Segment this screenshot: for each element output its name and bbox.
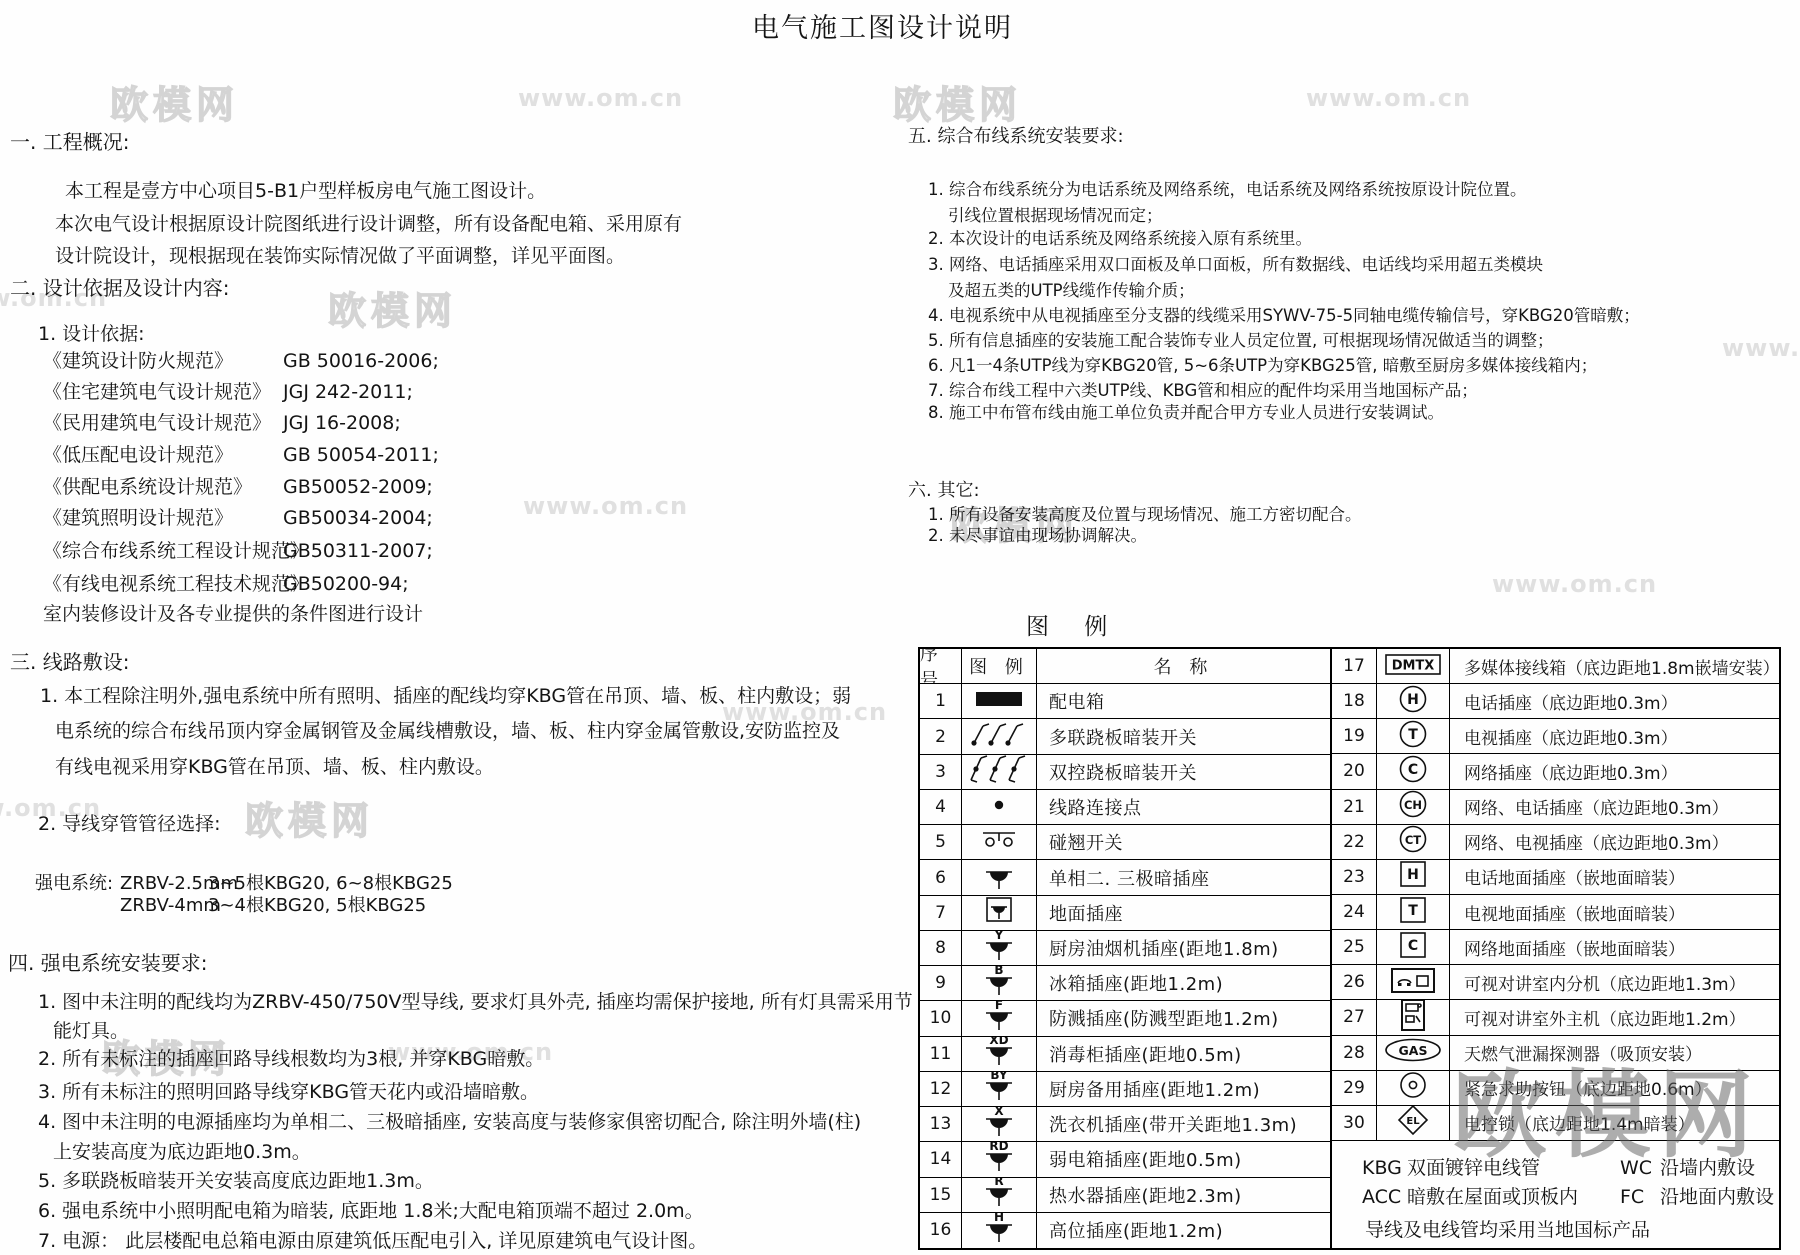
spec-line: 引线位置根据现场情况而定； [948,206,1163,226]
spec-line: 1. 设计依据: [38,323,145,346]
legend-note-line: ACC暗敷在屋面或顶板内FC沿地面内敷设 [1362,1182,1779,1211]
legend-row-no: 8 [920,931,962,966]
note-def: 暗敷在屋面或顶板内 [1407,1182,1620,1209]
svg-text:XD: XD [989,1037,1008,1048]
watermark: www.om.cn [523,492,688,520]
wire-conduit: 3~4根KBG20, 5根KBG25 [208,895,426,916]
spec-line: 能灯具。 [53,1020,129,1043]
spec-line: 4. 电视系统中从电视插座至分支器的线缆采用SYWV-75-5同轴电缆传输信号，… [928,306,1640,326]
legend-notes: KBG双面镀锌电线管WC沿墙内敷设ACC暗敷在屋面或顶板内FC沿地面内敷设导线及… [1332,1141,1779,1248]
spec-line: 本工程是壹方中心项目5-B1户型样板房电气施工图设计。 [65,180,546,203]
section-heading-cabling: 五. 综合布线系统安装要求: [908,126,1124,148]
legend-symbol-cell: T [1377,895,1450,930]
wire-conduit: 3~5根KBG20, 6~8根KBG25 [208,873,453,894]
legend-desc-cell: 网络插座（底边距地0.3m） [1450,754,1779,789]
legend-desc-cell: 电控锁（底边距地1.4m暗装） [1450,1106,1779,1141]
standard-name: 《低压配电设计规范》 [43,444,283,467]
water-heater-socket-icon: R [981,1178,1017,1213]
legend-symbol-cell [962,825,1037,860]
spec-line: 8. 施工中布管布线由施工单位负责并配合甲方专业人员进行安装调试。 [928,403,1444,423]
legend-symbol-cell [962,896,1037,931]
legend-note-tail: 导线及电线管均采用当地国标产品 [1362,1215,1779,1242]
elv-box-socket-icon: RD [981,1142,1017,1177]
line-junction-point-icon [984,790,1014,825]
note-abbr: FC [1620,1186,1660,1208]
emergency-button-icon [1396,1071,1430,1106]
spec-line: 5. 所有信息插座的安装施工配合装饰专业人员定位置, 可根据现场情况做适当的调整… [928,331,1553,351]
legend-row-no: 9 [920,966,962,1001]
legend-row-no: 24 [1332,895,1377,930]
svg-text:Y: Y [994,931,1004,942]
spec-line: 4. 图中未注明的电源插座均为单相二、三极暗插座, 安装高度与装修家俱密切配合,… [38,1111,861,1134]
legend-symbol-cell: CH [1377,790,1450,825]
legend-name-cell: 冰箱插座(距地1.2m) [1037,966,1330,1001]
legend-desc-cell: 电视地面插座（嵌地面暗装） [1450,895,1779,930]
legend-name-cell: 消毒柜插座(距地0.5m) [1037,1037,1330,1072]
tv-floor-outlet-icon: T [1396,895,1430,930]
phone-floor-outlet-icon: H [1396,860,1430,895]
standard-line: 《综合布线系统工程设计规范》GB50311-2007; [43,540,433,563]
section-heading-other: 六. 其它: [908,480,980,502]
svg-text:C: C [1408,762,1418,778]
legend-desc-cell: 天燃气泄漏探测器（吸顶安装） [1450,1036,1779,1071]
legend-symbol-cell: F [962,1001,1037,1036]
video-intercom-indoor-icon [1389,965,1437,1000]
legend-row-no: 11 [920,1037,962,1072]
svg-text:CH: CH [1404,798,1422,812]
legend-row-no: 3 [920,755,962,790]
standard-line: 《民用建筑电气设计规范》JGJ 16-2008; [43,412,401,435]
legend-symbol-cell: GAS [1377,1036,1450,1071]
electric-lock-icon: EL [1396,1106,1430,1141]
spec-line: 有线电视采用穿KBG管在吊顶、墙、板、柱内敷设。 [55,756,494,779]
sterilizer-socket-icon: XD [981,1037,1017,1072]
legend-header-cell: 序号 [920,649,962,684]
legend-row-no: 20 [1332,754,1377,789]
watermark: 欧模网 [245,790,374,845]
standard-name: 《民用建筑电气设计规范》 [43,412,283,435]
svg-text:B: B [994,966,1003,977]
spec-line: 1. 本工程除注明外,强电系统中所有照明、插座的配线均穿KBG管在吊顶、墙、板、… [40,685,851,708]
multi-gang-rocker-switch-icon [968,719,1030,754]
legend-desc-cell: 电话插座（底边距地0.3m） [1450,684,1779,719]
legend-symbol-cell: CT [1377,825,1450,860]
legend-row-no: 5 [920,825,962,860]
section-heading-basis: 二. 设计依据及设计内容: [10,276,229,300]
svg-text:C: C [1408,938,1418,954]
rocker-switch-icon [977,826,1021,859]
legend-row-no: 6 [920,860,962,895]
tv-outlet-icon: T [1396,719,1430,754]
legend-row-no: 25 [1332,930,1377,965]
legend-symbol-cell: H [962,1213,1037,1248]
legend-desc-cell: 网络、电视插座（底边距地0.3m） [1450,825,1779,860]
legend-header-cell: 名 称 [1037,649,1330,684]
legend-row-no: 16 [920,1213,962,1248]
watermark: 欧模网 [328,280,457,335]
legend-row-no: 10 [920,1001,962,1036]
standard-code: GB50311-2007; [283,540,433,562]
legend-row-no: 13 [920,1107,962,1142]
legend-symbol-cell [962,860,1037,895]
standard-name: 《建筑设计防火规范》 [43,350,283,373]
page-title: 电气施工图设计说明 [752,6,1013,45]
svg-text:X: X [994,1107,1004,1118]
legend-note-line: KBG双面镀锌电线管WC沿墙内敷设 [1362,1153,1779,1182]
socket-icon [981,860,1017,895]
legend-row-no: 14 [920,1142,962,1177]
svg-text:CT: CT [1405,833,1421,847]
legend-row-no: 17 [1332,649,1377,684]
legend-symbol-cell: RD [962,1142,1037,1177]
note-abbr: KBG [1362,1157,1407,1179]
network-phone-outlet-icon: CH [1396,790,1430,825]
spec-line: 2. 未尽事谊由现场协调解决。 [928,526,1147,546]
standard-line: 《建筑设计防火规范》GB 50016-2006; [43,350,439,373]
legend-table-left: 序号图 例名 称1配电箱2多联跷板暗装开关3双控跷板暗装开关4线路连接点5碰翘开… [920,649,1332,1248]
distribution-box-icon [971,684,1027,719]
legend-row-no: 7 [920,896,962,931]
legend-symbol-cell: XD [962,1037,1037,1072]
legend-title: 图 例 [1026,608,1121,641]
legend-symbol-cell: H [1377,684,1450,719]
legend-row-no: 28 [1332,1036,1377,1071]
wire-system: 强电系统: [35,873,120,895]
note-abbr: ACC [1362,1186,1407,1208]
spec-line: 电系统的综合布线吊顶内穿金属钢管及金属线槽敷设，墙、板、柱内穿金属管敷设,安防监… [55,720,840,743]
legend-desc-cell: 电视插座（底边距地0.3m） [1450,719,1779,754]
legend-name-cell: 多联跷板暗装开关 [1037,719,1330,754]
video-intercom-outdoor-icon [1395,1000,1431,1035]
legend-desc-cell: 电话地面插座（嵌地面暗装） [1450,860,1779,895]
svg-text:H: H [1407,867,1419,883]
legend-row-no: 21 [1332,790,1377,825]
legend-row-no: 1 [920,684,962,719]
note-def: 沿地面内敷设 [1660,1186,1774,1208]
svg-text:T: T [1408,903,1418,919]
section-heading-overview: 一. 工程概况: [10,130,129,154]
phone-outlet-icon: H [1396,684,1430,719]
spec-line: 2. 本次设计的电话系统及网络系统接入原有系统里。 [928,229,1312,249]
wire-sizing-line: 强电系统:ZRBV-2.5mm3~5根KBG20, 6~8根KBG25 [35,873,453,895]
legend-name-cell: 线路连接点 [1037,790,1330,825]
floor-socket-icon [981,896,1017,931]
spec-line: 3. 网络、电话插座采用双口面板及单口面板，所有数据线、电话线均采用超五类模块 [928,255,1543,275]
legend-name-cell: 双控跷板暗装开关 [1037,755,1330,790]
legend-symbol-cell: B [962,966,1037,1001]
legend-symbol-cell: X [962,1107,1037,1142]
standard-name: 《供配电系统设计规范》 [43,476,283,499]
legend-symbol-cell [962,719,1037,754]
legend-desc-cell: 可视对讲室外主机（底边距地1.2m） [1450,1000,1779,1035]
standard-name: 《住宅建筑电气设计规范》 [43,381,283,404]
section-heading-wiring: 三. 线路敷设: [10,650,129,674]
legend-desc-cell: 多媒体接线箱（底边距地1.8m嵌墙安装） [1450,649,1779,684]
standard-name: 《有线电视系统工程技术规范》 [43,573,283,596]
multimedia-box-icon: DMTX [1383,649,1443,684]
legend-symbol-cell [1377,1071,1450,1106]
fridge-socket-icon: B [981,966,1017,1001]
legend-desc-cell: 可视对讲室内分机（底边距地1.3m） [1450,965,1779,1000]
svg-text:T: T [1408,727,1418,743]
note-def: 沿墙内敷设 [1660,1157,1755,1179]
standard-line: 《供配电系统设计规范》GB50052-2009; [43,476,433,499]
legend-row-no: 19 [1332,719,1377,754]
legend-symbol-cell: C [1377,754,1450,789]
standard-code: GB50200-94; [283,573,409,595]
legend-name-cell: 高位插座(距地1.2m) [1037,1213,1330,1248]
legend-desc-cell: 网络地面插座（嵌地面暗装） [1450,930,1779,965]
kitchen-spare-socket-icon: BY [981,1072,1017,1107]
standard-code: GB50034-2004; [283,507,433,529]
standard-code: GB 50016-2006; [283,350,439,372]
legend-symbol-cell: DMTX [1377,649,1450,684]
standard-code: JGJ 242-2011; [283,381,413,403]
standard-line: 《住宅建筑电气设计规范》JGJ 242-2011; [43,381,413,404]
legend-row-no: 23 [1332,860,1377,895]
legend-symbol-cell: H [1377,860,1450,895]
svg-text:RD: RD [989,1142,1008,1153]
legend-row-no: 22 [1332,825,1377,860]
spec-line: 设计院设计，现根据现在装饰实际情况做了平面调整，详见平面图。 [55,245,625,268]
legend-header-cell: 图 例 [962,649,1037,684]
watermark: www.om.cn [1492,570,1657,598]
legend-row-no: 27 [1332,1000,1377,1035]
section-heading-power: 四. 强电系统安装要求: [8,951,207,975]
range-hood-socket-icon: Y [981,931,1017,966]
legend-name-cell: 洗衣机插座(带开关距地1.3m) [1037,1107,1330,1142]
legend-name-cell: 配电箱 [1037,684,1330,719]
standard-name: 《综合布线系统工程设计规范》 [43,540,283,563]
legend-table: 序号图 例名 称1配电箱2多联跷板暗装开关3双控跷板暗装开关4线路连接点5碰翘开… [918,647,1781,1250]
legend-symbol-cell [962,790,1037,825]
svg-text:EL: EL [1406,1116,1420,1127]
standard-code: GB50052-2009; [283,476,433,498]
spec-line: 及超五类的UTP线缆作传输介质； [948,281,1195,301]
spec-line: 3. 所有未标注的照明回路导线穿KBG管天花内或沿墙暗敷。 [38,1081,539,1104]
legend-row-no: 30 [1332,1106,1377,1141]
legend-name-cell: 单相二. 三极暗插座 [1037,860,1330,895]
note-def: 双面镀锌电线管 [1407,1153,1620,1180]
watermark: 欧模网 [110,74,239,129]
spec-line: 7. 电源： 此层楼配电总箱电源由原建筑低压配电引入, 详见原建筑电气设计图。 [38,1230,707,1253]
legend-name-cell: 厨房油烟机插座(距地1.8m) [1037,931,1330,966]
spec-line: 2. 所有未标注的插座回路导线根数均为3根, 并穿KBG暗敷。 [38,1048,544,1071]
svg-text:R: R [994,1178,1003,1189]
spec-line: 本次电气设计根据原设计院图纸进行设计调整，所有设备配电箱、采用原有 [55,213,682,236]
drawing-sheet: 欧模网www.om.cn欧模网www.om.cnwww.om.cn欧模网www.… [0,0,1800,1255]
legend-row-no: 18 [1332,684,1377,719]
svg-text:DMTX: DMTX [1392,658,1435,673]
legend-row-no: 29 [1332,1071,1377,1106]
spec-line: 2. 导线穿管管径选择: [38,813,221,836]
spec-line: 6. 强电系统中小照明配电箱为暗装, 底距地 1.8米;大配电箱顶端不超过 2.… [38,1200,704,1223]
legend-symbol-cell [1377,1000,1450,1035]
wire-type: ZRBV-4mm [120,895,208,917]
high-level-socket-icon: H [981,1213,1017,1248]
svg-text:H: H [1407,692,1419,708]
legend-symbol-cell: BY [962,1072,1037,1107]
watermark: www.om.cn [1306,84,1471,112]
wire-sizing-line: ZRBV-4mm3~4根KBG20, 5根KBG25 [35,895,426,917]
washer-socket-icon: X [981,1107,1017,1142]
spec-line: 5. 多联跷板暗装开关安装高度底边距地1.3m。 [38,1170,434,1193]
standard-name: 《建筑照明设计规范》 [43,507,283,530]
two-way-rocker-switch-icon [966,755,1032,790]
svg-text:GAS: GAS [1399,1043,1428,1058]
watermark: 欧模网 [893,74,1022,129]
svg-text:F: F [995,1001,1003,1012]
legend-row-no: 26 [1332,965,1377,1000]
legend-table-right: 17DMTX多媒体接线箱（底边距地1.8m嵌墙安装）18H电话插座（底边距地0.… [1332,649,1779,1248]
legend-symbol-cell: Y [962,931,1037,966]
standard-code: JGJ 16-2008; [283,412,401,434]
legend-name-cell: 防溅插座(防溅型距地1.2m) [1037,1001,1330,1036]
legend-symbol-cell: EL [1377,1106,1450,1141]
standard-line: 《低压配电设计规范》GB 50054-2011; [43,444,439,467]
legend-symbol-cell [962,755,1037,790]
legend-symbol-cell: T [1377,719,1450,754]
legend-row-no: 15 [920,1178,962,1213]
spec-line: 7. 综合布线工程中六类UTP线、KBG管和相应的配件均采用当地国标产品； [928,381,1478,401]
legend-name-cell: 厨房备用插座(距地1.2m) [1037,1072,1330,1107]
watermark: www.om.cn [518,84,683,112]
spec-line: 1. 综合布线系统分为电话系统及网络系统，电话系统及网络系统按原设计院位置。 [928,180,1527,200]
legend-row-no: 2 [920,719,962,754]
standard-line: 《有线电视系统工程技术规范》GB50200-94; [43,573,409,596]
legend-symbol-cell: C [1377,930,1450,965]
gas-leak-detector-icon: GAS [1382,1036,1444,1071]
legend-symbol-cell: R [962,1178,1037,1213]
network-outlet-icon: C [1396,754,1430,789]
legend-name-cell: 地面插座 [1037,896,1330,931]
network-floor-outlet-icon: C [1396,930,1430,965]
legend-table-right-rows: 17DMTX多媒体接线箱（底边距地1.8m嵌墙安装）18H电话插座（底边距地0.… [1332,649,1779,1141]
spec-line: 6. 凡1一4条UTP线为穿KBG20管, 5~6条UTP为穿KBG25管, 暗… [928,356,1597,376]
svg-text:BY: BY [990,1072,1007,1083]
legend-desc-cell: 网络、电话插座（底边距地0.3m） [1450,790,1779,825]
legend-name-cell: 热水器插座(距地2.3m) [1037,1178,1330,1213]
legend-name-cell: 碰翘开关 [1037,825,1330,860]
watermark: www.om.cn [1722,334,1800,362]
svg-text:H: H [994,1213,1004,1224]
legend-row-no: 12 [920,1072,962,1107]
splash-proof-socket-icon: F [981,1001,1017,1036]
legend-row-no: 4 [920,790,962,825]
legend-name-cell: 弱电箱插座(距地0.5m) [1037,1142,1330,1177]
standard-code: GB 50054-2011; [283,444,439,466]
spec-line: 上安装高度为底边距地0.3m。 [53,1141,311,1164]
spec-line: 1. 图中未注明的配线均为ZRBV-450/750V型导线, 要求灯具外壳, 插… [38,991,913,1014]
legend-symbol-cell [962,684,1037,719]
standard-line: 《建筑照明设计规范》GB50034-2004; [43,507,433,530]
network-tv-outlet-icon: CT [1396,825,1430,860]
spec-line: 1. 所有设备安装高度及位置与现场情况、施工方密切配合。 [928,505,1362,525]
wire-type: ZRBV-2.5mm [120,873,208,895]
note-abbr: WC [1620,1157,1660,1179]
spec-line: 室内装修设计及各专业提供的条件图进行设计 [43,603,423,626]
legend-symbol-cell [1377,965,1450,1000]
legend-desc-cell: 紧急求助按钮（底边距地0.6m） [1450,1071,1779,1106]
